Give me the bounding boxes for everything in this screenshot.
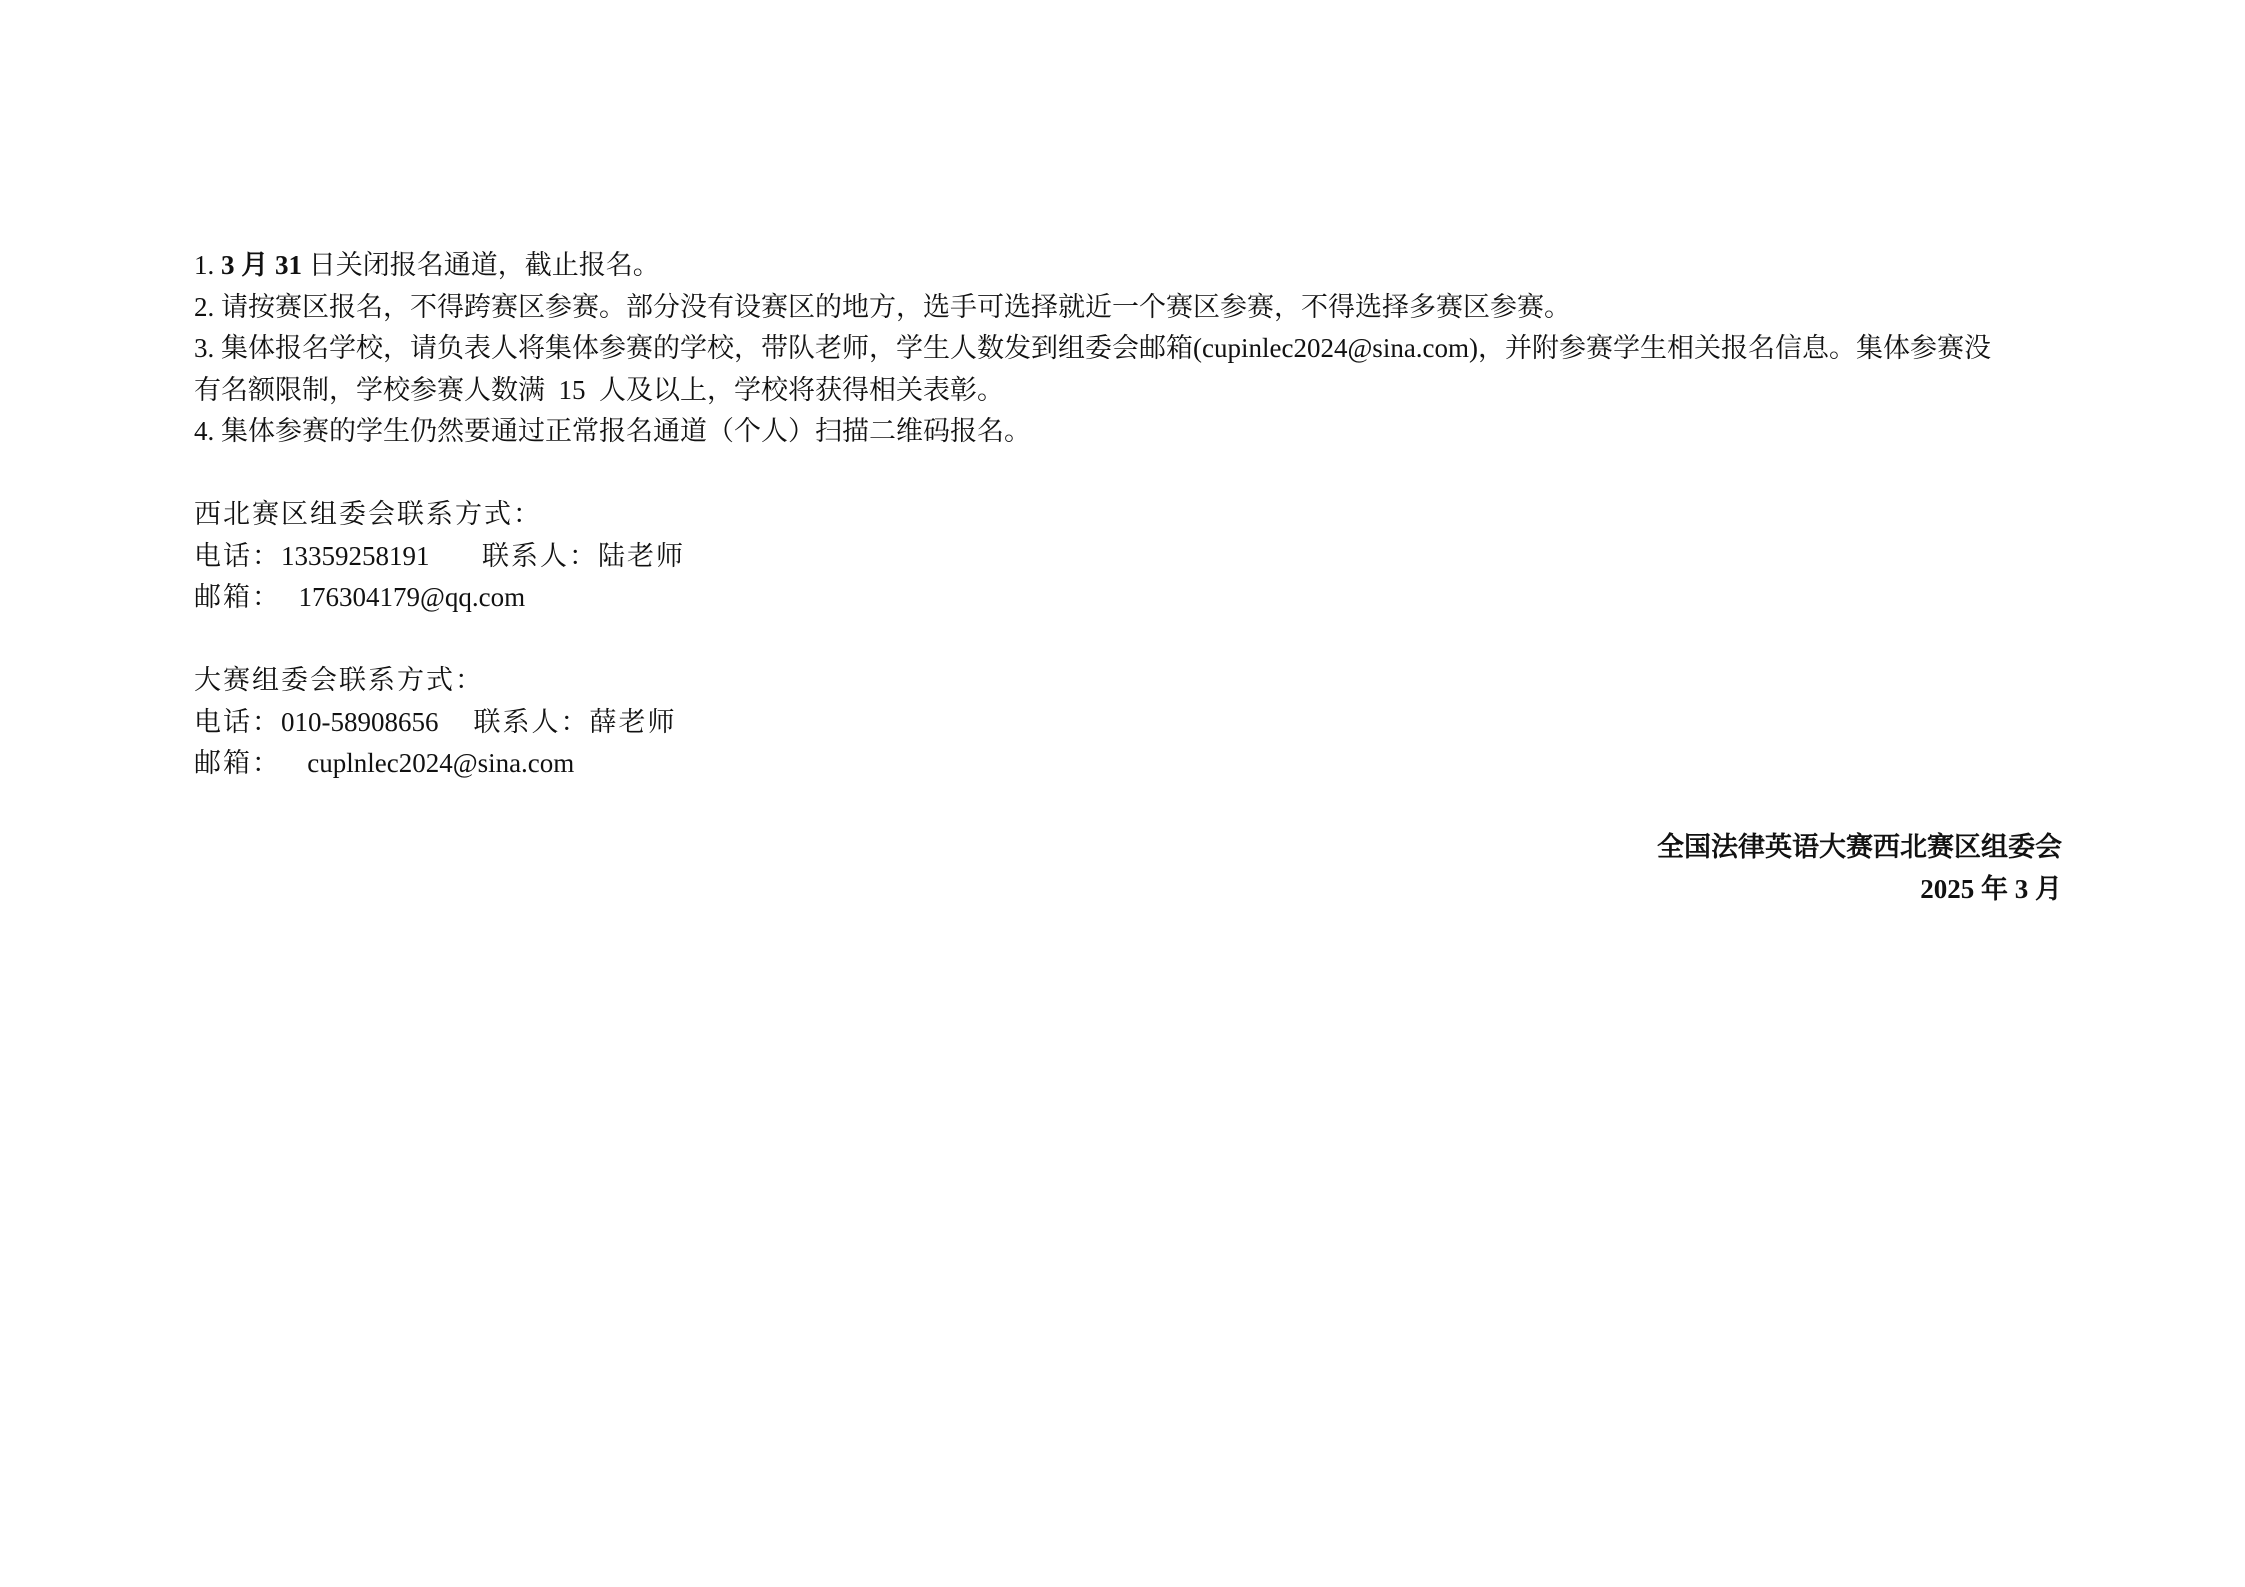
national-phone-number: 010-58908656: [281, 707, 439, 737]
national-contact-block: 大赛组委会联系方式： 电话：010-58908656 联系人：薛老师 邮箱： c…: [194, 660, 2064, 785]
spacer: [281, 748, 307, 778]
signature-block: 全国法律英语大赛西北赛区组委会 2025 年 3 月: [1657, 826, 2062, 910]
northwest-contact-block: 西北赛区组委会联系方式： 电话：13359258191 联系人：陆老师 邮箱： …: [194, 494, 2064, 619]
spacer: [439, 707, 474, 737]
spacer: [194, 453, 2064, 495]
email-label: 邮箱：: [194, 582, 281, 612]
note-item-4: 4. 集体参赛的学生仍然要通过正常报名通道（个人）扫描二维码报名。: [194, 411, 2064, 453]
email-label: 邮箱：: [194, 748, 281, 778]
note-item-1-text: 日关闭报名通道，截止报名。: [302, 250, 660, 280]
note-item-3-line-2: 有名额限制，学校参赛人数满 15 人及以上，学校将获得相关表彰。: [194, 370, 2064, 412]
northwest-contact-person: 陆老师: [598, 541, 685, 571]
spacer: [430, 541, 483, 571]
spacer: [194, 619, 2064, 661]
national-email-line: 邮箱： cuplnlec2024@sina.com: [194, 743, 2064, 785]
deadline-day: 31: [275, 250, 302, 280]
deadline-month: 3 月: [221, 250, 275, 280]
national-contact-person: 薛老师: [590, 707, 677, 737]
signature-organization: 全国法律英语大赛西北赛区组委会: [1657, 826, 2062, 868]
spacer: [281, 582, 299, 612]
national-email: cuplnlec2024@sina.com: [307, 748, 574, 778]
northwest-phone-line: 电话：13359258191 联系人：陆老师: [194, 536, 2064, 578]
contact-person-label: 联系人：: [482, 541, 598, 571]
northwest-contact-heading: 西北赛区组委会联系方式：: [194, 494, 2064, 536]
note-item-2: 2. 请按赛区报名，不得跨赛区参赛。部分没有设赛区的地方，选手可选择就近一个赛区…: [194, 287, 2064, 329]
phone-label: 电话：: [194, 707, 281, 737]
note-item-1: 1. 3 月 31 日关闭报名通道，截止报名。: [194, 245, 2064, 287]
northwest-email-line: 邮箱： 176304179@qq.com: [194, 577, 2064, 619]
phone-label: 电话：: [194, 541, 281, 571]
document-page: 1. 3 月 31 日关闭报名通道，截止报名。 2. 请按赛区报名，不得跨赛区参…: [0, 0, 2245, 1587]
national-contact-heading: 大赛组委会联系方式：: [194, 660, 2064, 702]
document-body: 1. 3 月 31 日关闭报名通道，截止报名。 2. 请按赛区报名，不得跨赛区参…: [194, 245, 2064, 785]
northwest-email: 176304179@qq.com: [299, 582, 526, 612]
national-phone-line: 电话：010-58908656 联系人：薛老师: [194, 702, 2064, 744]
contact-person-label: 联系人：: [474, 707, 590, 737]
signature-date: 2025 年 3 月: [1657, 868, 2062, 910]
note-item-3-line-1: 3. 集体报名学校，请负表人将集体参赛的学校，带队老师，学生人数发到组委会邮箱(…: [194, 328, 2064, 370]
note-item-1-prefix: 1.: [194, 250, 221, 280]
northwest-phone-number: 13359258191: [281, 541, 430, 571]
